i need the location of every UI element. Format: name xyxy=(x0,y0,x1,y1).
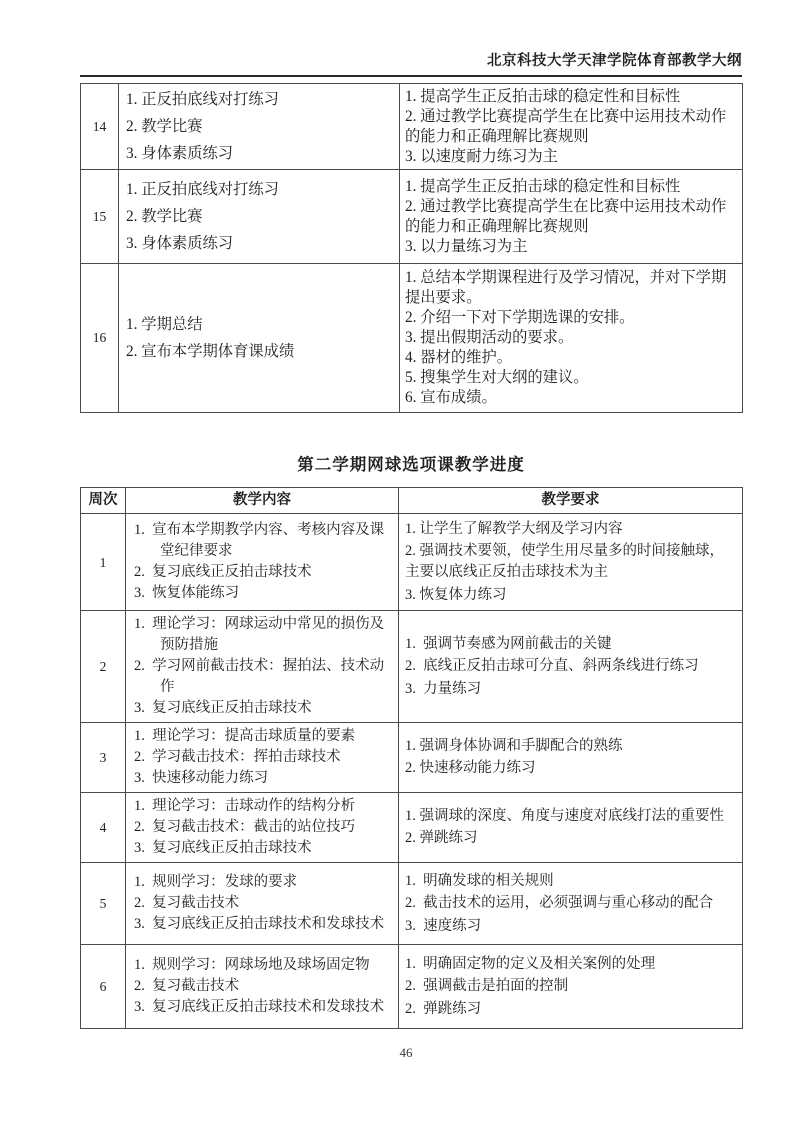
week-cell: 16 xyxy=(81,264,119,413)
table-row-week-16: 16 1. 学期总结 2. 宣布本学期体育课成绩 1. 总结本学期课程进行及学习… xyxy=(81,264,743,413)
requirements-cell: 1. 明确发球的相关规则 2. 截击技术的运用，必须强调与重心移动的配合 3. … xyxy=(399,863,743,945)
requirement-item: 4. 器材的维护。 xyxy=(405,348,738,368)
requirement-item: 3. 以力量练习为主 xyxy=(405,237,738,257)
week-cell: 6 xyxy=(81,945,126,1029)
requirements-cell: 1. 提高学生正反拍击球的稳定性和目标性 2. 通过教学比赛提高学生在比赛中运用… xyxy=(400,84,743,170)
content-item: 3. 复习底线正反拍击球技术和发球技术 xyxy=(134,997,392,1018)
requirement-item: 2. 截击技术的运用，必须强调与重心移动的配合 xyxy=(405,893,738,914)
page-number: 46 xyxy=(80,1045,732,1061)
week-cell: 5 xyxy=(81,863,126,945)
content-item: 1. 正反拍底线对打练习 xyxy=(126,176,393,203)
requirement-item: 1. 让学生了解教学大纲及学习内容 xyxy=(405,519,738,540)
requirement-item: 2. 快速移动能力练习 xyxy=(405,758,738,779)
table-row-week-4: 4 1. 理论学习：击球动作的结构分析 2. 复习截击技术：截击的站位技巧 3.… xyxy=(81,793,743,863)
table-row-week-6: 6 1. 规则学习：网球场地及球场固定物 2. 复习截击技术 3. 复习底线正反… xyxy=(81,945,743,1029)
requirement-item: 3. 提出假期活动的要求。 xyxy=(405,328,738,348)
second-semester-schedule-table: 周次 教学内容 教学要求 1 1. 宣布本学期教学内容、考核内容及课堂纪律要求 … xyxy=(80,487,743,1029)
requirements-cell: 1. 总结本学期课程进行及学习情况，并对下学期提出要求。 2. 介绍一下对下学期… xyxy=(400,264,743,413)
content-item: 2. 复习截击技术 xyxy=(134,976,392,997)
content-item: 1. 规则学习：发球的要求 xyxy=(134,872,392,893)
first-semester-schedule-table: 14 1. 正反拍底线对打练习 2. 教学比赛 3. 身体素质练习 1. 提高学… xyxy=(80,83,743,413)
content-item: 1. 正反拍底线对打练习 xyxy=(126,86,393,113)
requirement-item: 3. 恢复体力练习 xyxy=(405,585,738,606)
content-cell: 1. 正反拍底线对打练习 2. 教学比赛 3. 身体素质练习 xyxy=(119,170,400,264)
requirement-item: 2. 介绍一下对下学期选课的安排。 xyxy=(405,308,738,328)
table-row-week-14: 14 1. 正反拍底线对打练习 2. 教学比赛 3. 身体素质练习 1. 提高学… xyxy=(81,84,743,170)
week-cell: 3 xyxy=(81,723,126,793)
requirement-item: 1. 总结本学期课程进行及学习情况，并对下学期提出要求。 xyxy=(405,268,738,308)
content-item: 3. 身体素质练习 xyxy=(126,230,393,257)
requirements-cell: 1. 让学生了解教学大纲及学习内容 2. 强调技术要领，使学生用尽量多的时间接触… xyxy=(399,514,743,611)
content-item: 2. 宣布本学期体育课成绩 xyxy=(126,338,393,365)
week-cell: 15 xyxy=(81,170,119,264)
content-item: 2. 教学比赛 xyxy=(126,113,393,140)
requirement-item: 1. 提高学生正反拍击球的稳定性和目标性 xyxy=(405,177,738,197)
content-cell: 1. 学期总结 2. 宣布本学期体育课成绩 xyxy=(119,264,400,413)
table-row-week-2: 2 1. 理论学习：网球运动中常见的损伤及预防措施 2. 学习网前截击技术：握拍… xyxy=(81,611,743,723)
requirements-cell: 1. 强调身体协调和手脚配合的熟练 2. 快速移动能力练习 xyxy=(399,723,743,793)
content-item: 1. 宣布本学期教学内容、考核内容及课堂纪律要求 xyxy=(134,520,392,562)
requirement-item: 1. 强调球的深度、角度与速度对底线打法的重要性 xyxy=(405,806,738,827)
content-item: 2. 复习截击技术 xyxy=(134,893,392,914)
requirement-item: 3. 速度练习 xyxy=(405,916,738,937)
content-item: 3. 复习底线正反拍击球技术 xyxy=(134,698,392,719)
content-item: 1. 理论学习：提高击球质量的要素 xyxy=(134,726,392,747)
content-item: 3. 身体素质练习 xyxy=(126,140,393,167)
document-header: 北京科技大学天津学院体育部教学大纲 xyxy=(80,52,742,77)
content-item: 1. 学期总结 xyxy=(126,311,393,338)
requirement-item: 1. 强调节奏感为网前截击的关键 xyxy=(405,634,738,655)
requirement-item: 2. 通过教学比赛提高学生在比赛中运用技术动作 的能力和正确理解比赛规则 xyxy=(405,197,738,237)
requirement-item: 6. 宣布成绩。 xyxy=(405,388,738,408)
week-cell: 2 xyxy=(81,611,126,723)
content-item: 3. 恢复体能练习 xyxy=(134,583,392,604)
requirement-item: 1. 明确固定物的定义及相关案例的处理 xyxy=(405,954,738,975)
content-item: 3. 复习底线正反拍击球技术和发球技术 xyxy=(134,914,392,935)
content-cell: 1. 理论学习：提高击球质量的要素 2. 学习截击技术：挥拍击球技术 3. 快速… xyxy=(126,723,399,793)
requirement-item: 2. 强调截击是拍面的控制 xyxy=(405,976,738,997)
content-item: 2. 复习截击技术：截击的站位技巧 xyxy=(134,817,392,838)
table-header-row: 周次 教学内容 教学要求 xyxy=(81,488,743,514)
table-row-week-15: 15 1. 正反拍底线对打练习 2. 教学比赛 3. 身体素质练习 1. 提高学… xyxy=(81,170,743,264)
requirement-item: 2. 通过教学比赛提高学生在比赛中运用技术动作的能力和正确理解比赛规则 xyxy=(405,107,738,147)
content-cell: 1. 理论学习：网球运动中常见的损伤及预防措施 2. 学习网前截击技术：握拍法、… xyxy=(126,611,399,723)
requirement-item: 1. 强调身体协调和手脚配合的熟练 xyxy=(405,736,738,757)
content-cell: 1. 宣布本学期教学内容、考核内容及课堂纪律要求 2. 复习底线正反拍击球技术 … xyxy=(126,514,399,611)
requirements-cell: 1. 明确固定物的定义及相关案例的处理 2. 强调截击是拍面的控制 2. 弹跳练… xyxy=(399,945,743,1029)
header-title: 北京科技大学天津学院体育部教学大纲 xyxy=(487,53,742,69)
content-item: 3. 快速移动能力练习 xyxy=(134,768,392,789)
requirement-item: 2. 弹跳练习 xyxy=(405,828,738,849)
week-cell: 4 xyxy=(81,793,126,863)
content-item: 2. 教学比赛 xyxy=(126,203,393,230)
document-page: 北京科技大学天津学院体育部教学大纲 14 1. 正反拍底线对打练习 2. 教学比… xyxy=(0,0,800,1131)
requirement-item: 1. 明确发球的相关规则 xyxy=(405,871,738,892)
content-item: 1. 理论学习：击球动作的结构分析 xyxy=(134,796,392,817)
requirement-item: 2. 强调技术要领，使学生用尽量多的时间接触球，主要以底线正反拍击球技术为主 xyxy=(405,541,738,583)
requirement-item: 3. 力量练习 xyxy=(405,679,738,700)
requirements-cell: 1. 强调球的深度、角度与速度对底线打法的重要性 2. 弹跳练习 xyxy=(399,793,743,863)
content-item: 3. 复习底线正反拍击球技术 xyxy=(134,838,392,859)
table-row-week-1: 1 1. 宣布本学期教学内容、考核内容及课堂纪律要求 2. 复习底线正反拍击球技… xyxy=(81,514,743,611)
requirement-item: 2. 底线正反拍击球可分直、斜两条线进行练习 xyxy=(405,656,738,677)
content-cell: 1. 规则学习：网球场地及球场固定物 2. 复习截击技术 3. 复习底线正反拍击… xyxy=(126,945,399,1029)
requirements-cell: 1. 强调节奏感为网前截击的关键 2. 底线正反拍击球可分直、斜两条线进行练习 … xyxy=(399,611,743,723)
requirement-item: 3. 以速度耐力练习为主 xyxy=(405,147,738,167)
section-title: 第二学期网球选项课教学进度 xyxy=(80,451,742,475)
content-item: 2. 学习网前截击技术：握拍法、技术动作 xyxy=(134,656,392,698)
content-item: 1. 理论学习：网球运动中常见的损伤及预防措施 xyxy=(134,614,392,656)
column-header-week: 周次 xyxy=(81,488,126,514)
column-header-requirements: 教学要求 xyxy=(399,488,743,514)
column-header-content: 教学内容 xyxy=(126,488,399,514)
content-cell: 1. 正反拍底线对打练习 2. 教学比赛 3. 身体素质练习 xyxy=(119,84,400,170)
requirements-cell: 1. 提高学生正反拍击球的稳定性和目标性 2. 通过教学比赛提高学生在比赛中运用… xyxy=(400,170,743,264)
requirement-item: 1. 提高学生正反拍击球的稳定性和目标性 xyxy=(405,87,738,107)
week-cell: 14 xyxy=(81,84,119,170)
content-cell: 1. 理论学习：击球动作的结构分析 2. 复习截击技术：截击的站位技巧 3. 复… xyxy=(126,793,399,863)
content-cell: 1. 规则学习：发球的要求 2. 复习截击技术 3. 复习底线正反拍击球技术和发… xyxy=(126,863,399,945)
content-item: 2. 复习底线正反拍击球技术 xyxy=(134,562,392,583)
table-row-week-3: 3 1. 理论学习：提高击球质量的要素 2. 学习截击技术：挥拍击球技术 3. … xyxy=(81,723,743,793)
table-row-week-5: 5 1. 规则学习：发球的要求 2. 复习截击技术 3. 复习底线正反拍击球技术… xyxy=(81,863,743,945)
content-item: 2. 学习截击技术：挥拍击球技术 xyxy=(134,747,392,768)
requirement-item: 2. 弹跳练习 xyxy=(405,999,738,1020)
content-item: 1. 规则学习：网球场地及球场固定物 xyxy=(134,955,392,976)
week-cell: 1 xyxy=(81,514,126,611)
requirement-item: 5. 搜集学生对大纲的建议。 xyxy=(405,368,738,388)
